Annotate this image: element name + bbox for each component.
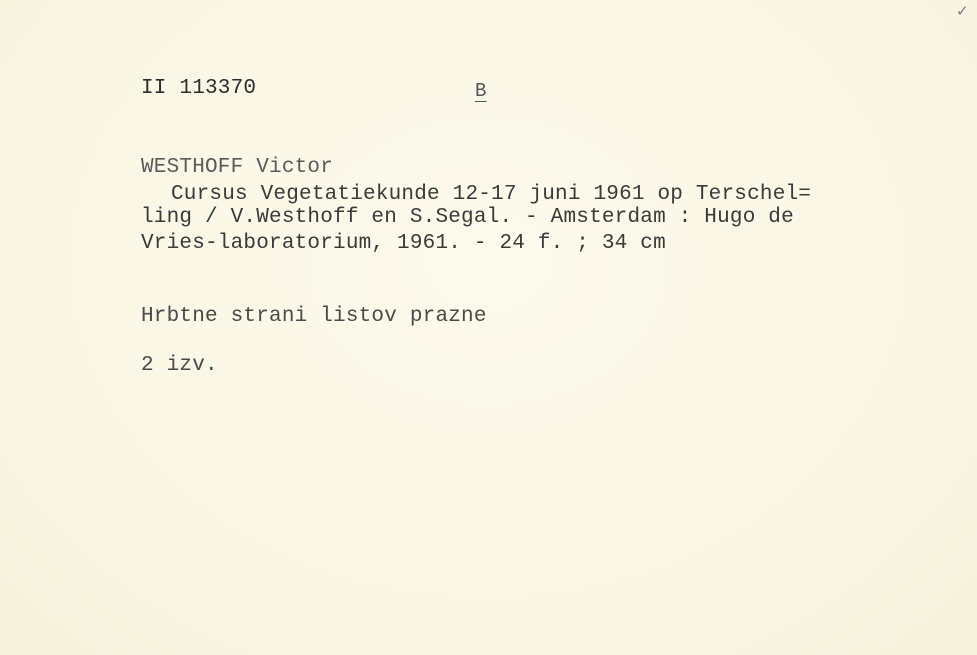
location-code: B [475, 79, 487, 104]
check-mark-icon: ✓ [956, 2, 969, 20]
author-heading: WESTHOFF Victor [141, 155, 333, 180]
note: Hrbtne strani listov prazne [141, 304, 487, 329]
description-line-1: Cursus Vegetatiekunde 12-17 juni 1961 op… [171, 182, 811, 207]
description-line-3: Vries-laboratorium, 1961. - 24 f. ; 34 c… [141, 231, 666, 256]
catalog-card: ✓ II 113370 B WESTHOFF Victor Cursus Veg… [0, 0, 977, 655]
description-line-2: ling / V.Westhoff en S.Segal. - Amsterda… [141, 205, 794, 230]
call-number: II 113370 [141, 76, 256, 101]
copies-count: 2 izv. [141, 353, 218, 378]
